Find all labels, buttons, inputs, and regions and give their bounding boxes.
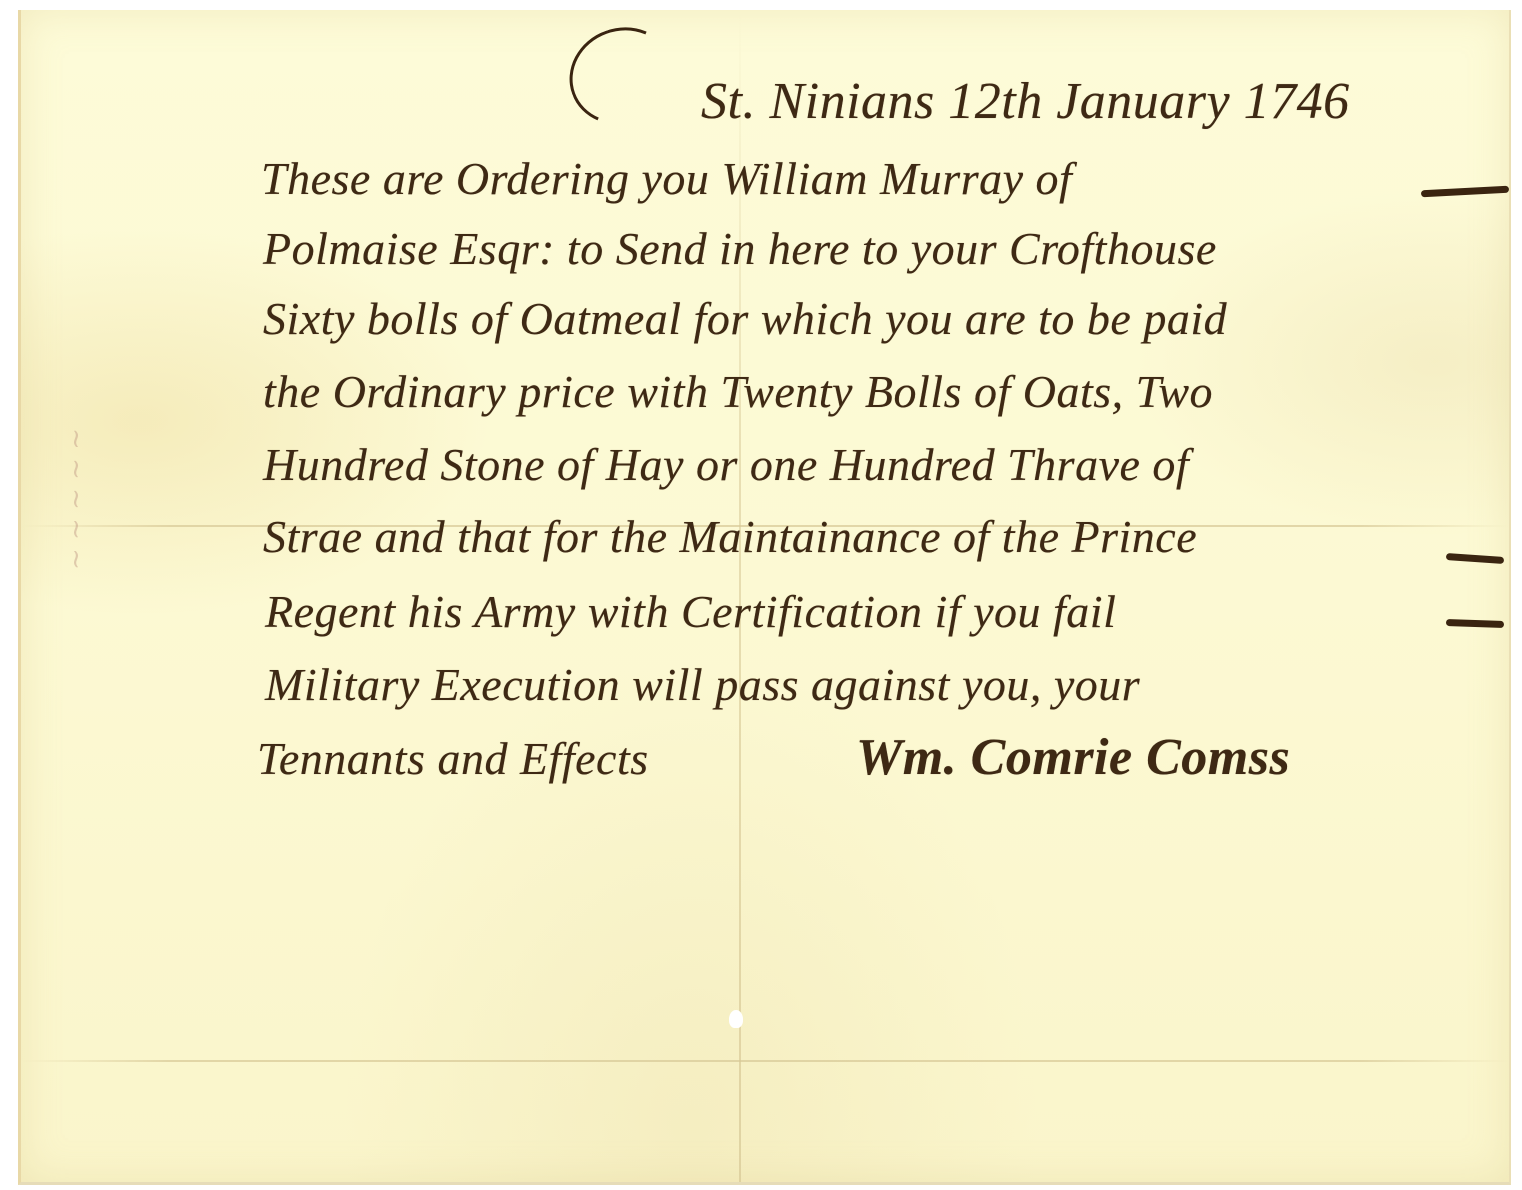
dateline-flourish [556, 13, 688, 139]
body-line-8: Military Execution will pass against you… [265, 658, 1140, 711]
document-sheet: ~ ~ ~ ~ ~ St. Ninians 12th January 1746 … [18, 10, 1511, 1185]
body-line-1: These are Ordering you William Murray of [261, 152, 1072, 205]
body-line-9: Tennants and Effects [257, 732, 649, 785]
line-end-flourish-2 [1446, 553, 1504, 564]
signature: Wm. Comrie Comss [856, 728, 1290, 787]
body-line-5: Hundred Stone of Hay or one Hundred Thra… [263, 438, 1189, 491]
line-end-flourish [1421, 186, 1509, 198]
body-line-3: Sixty bolls of Oatmeal for which you are… [263, 292, 1227, 345]
letter-body: St. Ninians 12th January 1746 These are … [21, 10, 1509, 1182]
body-line-4: the Ordinary price with Twenty Bolls of … [263, 365, 1213, 418]
line-end-flourish-3 [1446, 619, 1504, 628]
body-line-6: Strae and that for the Maintainance of t… [263, 510, 1197, 563]
body-line-7: Regent his Army with Certification if yo… [265, 585, 1116, 638]
body-line-2: Polmaise Esqr: to Send in here to your C… [263, 222, 1217, 275]
dateline: St. Ninians 12th January 1746 [701, 72, 1350, 131]
